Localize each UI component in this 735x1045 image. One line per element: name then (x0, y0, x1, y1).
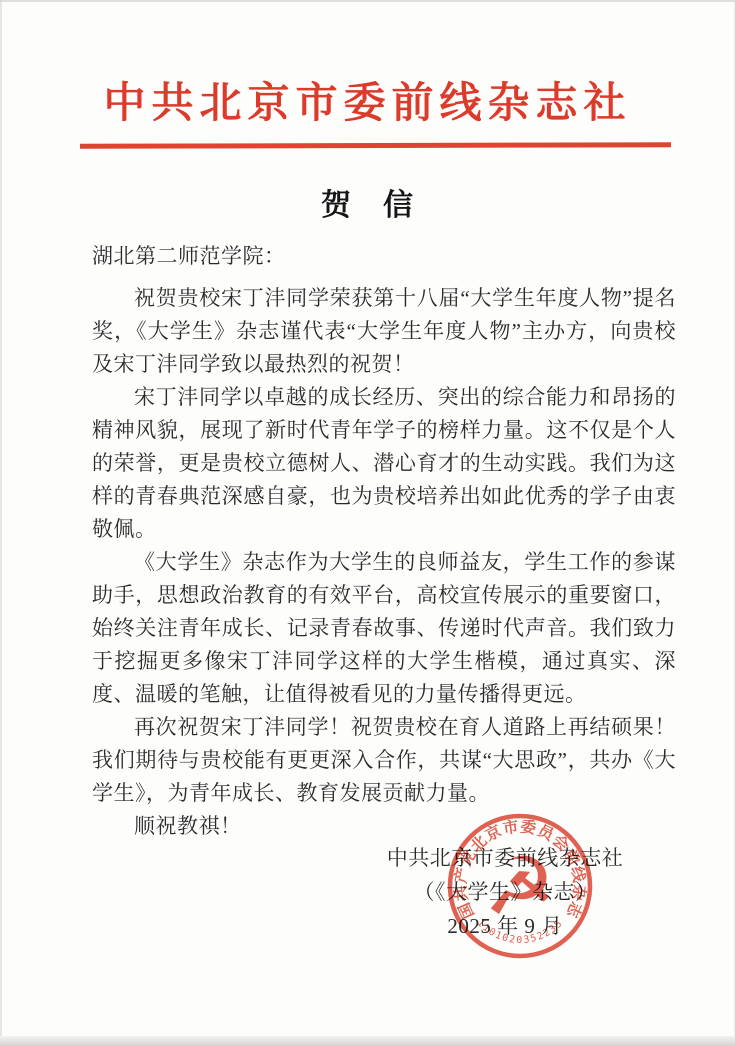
letterhead-rule (80, 142, 671, 149)
salutation: 湖北第二师范学院： (92, 240, 676, 273)
scan-edge-bottom (0, 1036, 735, 1045)
letter-body: 湖北第二师范学院： 祝贺贵校宋丁沣同学荣获第十八届“大学生年度人物”提名奖，《大… (92, 240, 676, 843)
scan-edge-top (0, 0, 735, 2)
hammer-and-sickle-icon: ☭ (484, 840, 556, 933)
paragraph-2: 宋丁沣同学以卓越的成长经历、突出的综合能力和昂扬的精神风貌，展现了新时代青年学子… (92, 381, 676, 546)
scan-edge-left (0, 0, 2, 1045)
paragraph-3: 《大学生》杂志作为大学生的良师益友，学生工作的参谋助手，思想政治教育的有效平台，… (92, 546, 676, 711)
document-title: 贺 信 (0, 180, 735, 224)
official-seal: 中国共产党北京市委员会前线杂志社 1101020352235 ☭ (435, 801, 605, 971)
letterhead-org-name: 中共北京市委前线杂志社 (0, 70, 735, 130)
paragraph-1: 祝贺贵校宋丁沣同学荣获第十八届“大学生年度人物”提名奖，《大学生》杂志谨代表“大… (92, 282, 676, 381)
paragraph-4: 再次祝贺宋丁沣同学！祝贺贵校在育人道路上再结硕果！我们期待与贵校能有更更深入合作… (92, 711, 676, 810)
